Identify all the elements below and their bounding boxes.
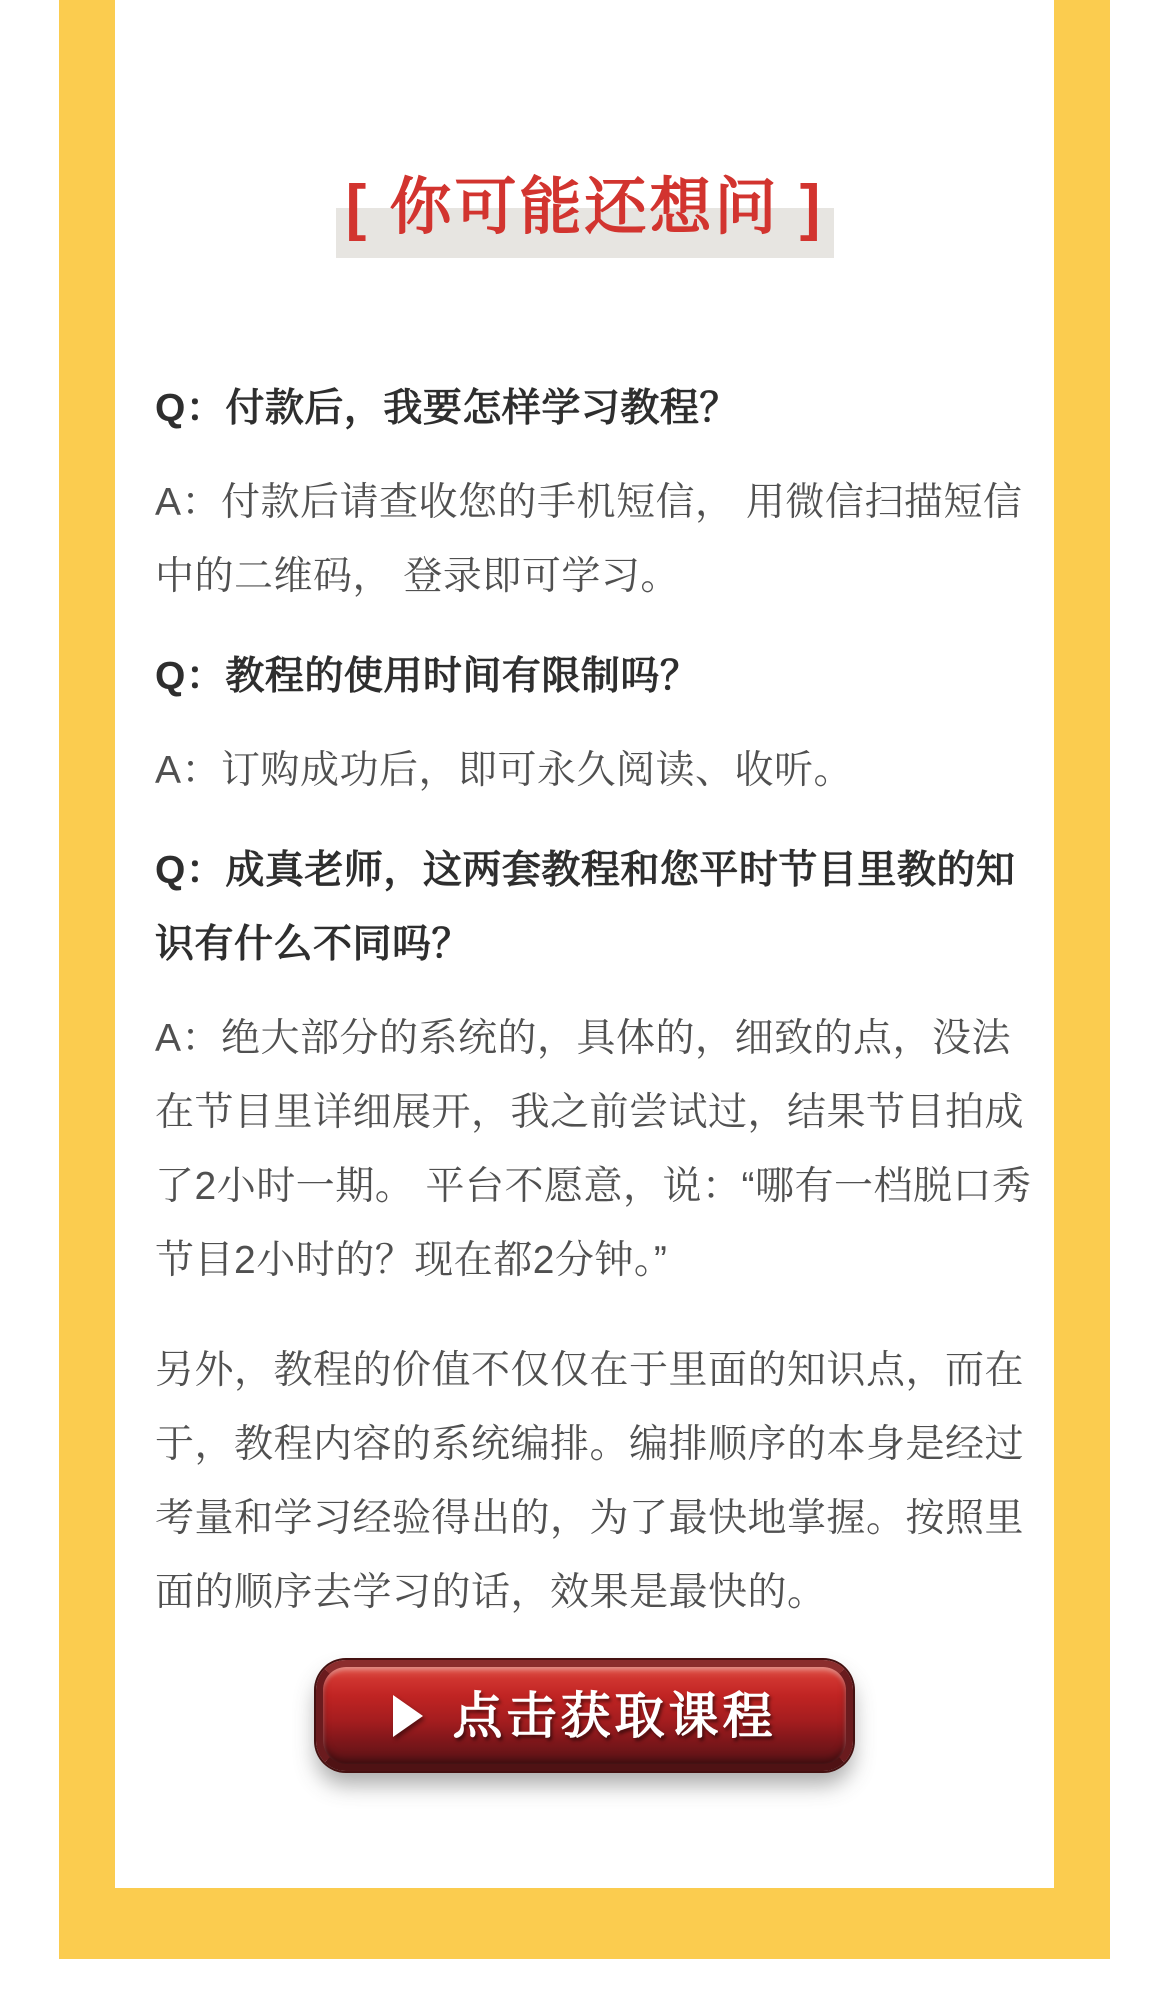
- faq-answer-1: A：付款后请查收您的手机短信， 用微信扫描短信中的二维码， 登录即可学习。: [155, 466, 1045, 614]
- faq-answer-3: A：绝大部分的系统的，具体的，细致的点，没法在节目里详细展开，我之前尝试过，结果…: [155, 1002, 1045, 1298]
- section-title: [ 你可能还想问 ]: [115, 0, 1054, 252]
- get-course-button-label: 点击获取课程: [453, 1691, 777, 1741]
- promo-page: [ 你可能还想问 ] Q：付款后，我要怎样学习教程？ A：付款后请查收您的手机短…: [0, 0, 1170, 2004]
- faq-question-2: Q：教程的使用时间有限制吗？: [155, 640, 1045, 714]
- faq-answer-3-extra: 另外，教程的价值不仅仅在于里面的知识点，而在于，教程内容的系统编排。编排顺序的本…: [155, 1334, 1045, 1630]
- play-icon: [393, 1695, 423, 1737]
- faq-question-3: Q：成真老师，这两套教程和您平时节目里教的知识有什么不同吗？: [155, 834, 1045, 982]
- content-area: [ 你可能还想问 ] Q：付款后，我要怎样学习教程？ A：付款后请查收您的手机短…: [115, 0, 1054, 1888]
- get-course-button[interactable]: 点击获取课程: [316, 1660, 853, 1771]
- yellow-frame: [ 你可能还想问 ] Q：付款后，我要怎样学习教程？ A：付款后请查收您的手机短…: [59, 0, 1110, 1959]
- page-title: [ 你可能还想问 ]: [115, 168, 1054, 248]
- faq-question-1: Q：付款后，我要怎样学习教程？: [155, 372, 1045, 446]
- faq-list: Q：付款后，我要怎样学习教程？ A：付款后请查收您的手机短信， 用微信扫描短信中…: [155, 372, 1045, 1630]
- faq-answer-2: A：订购成功后，即可永久阅读、收听。: [155, 734, 1045, 808]
